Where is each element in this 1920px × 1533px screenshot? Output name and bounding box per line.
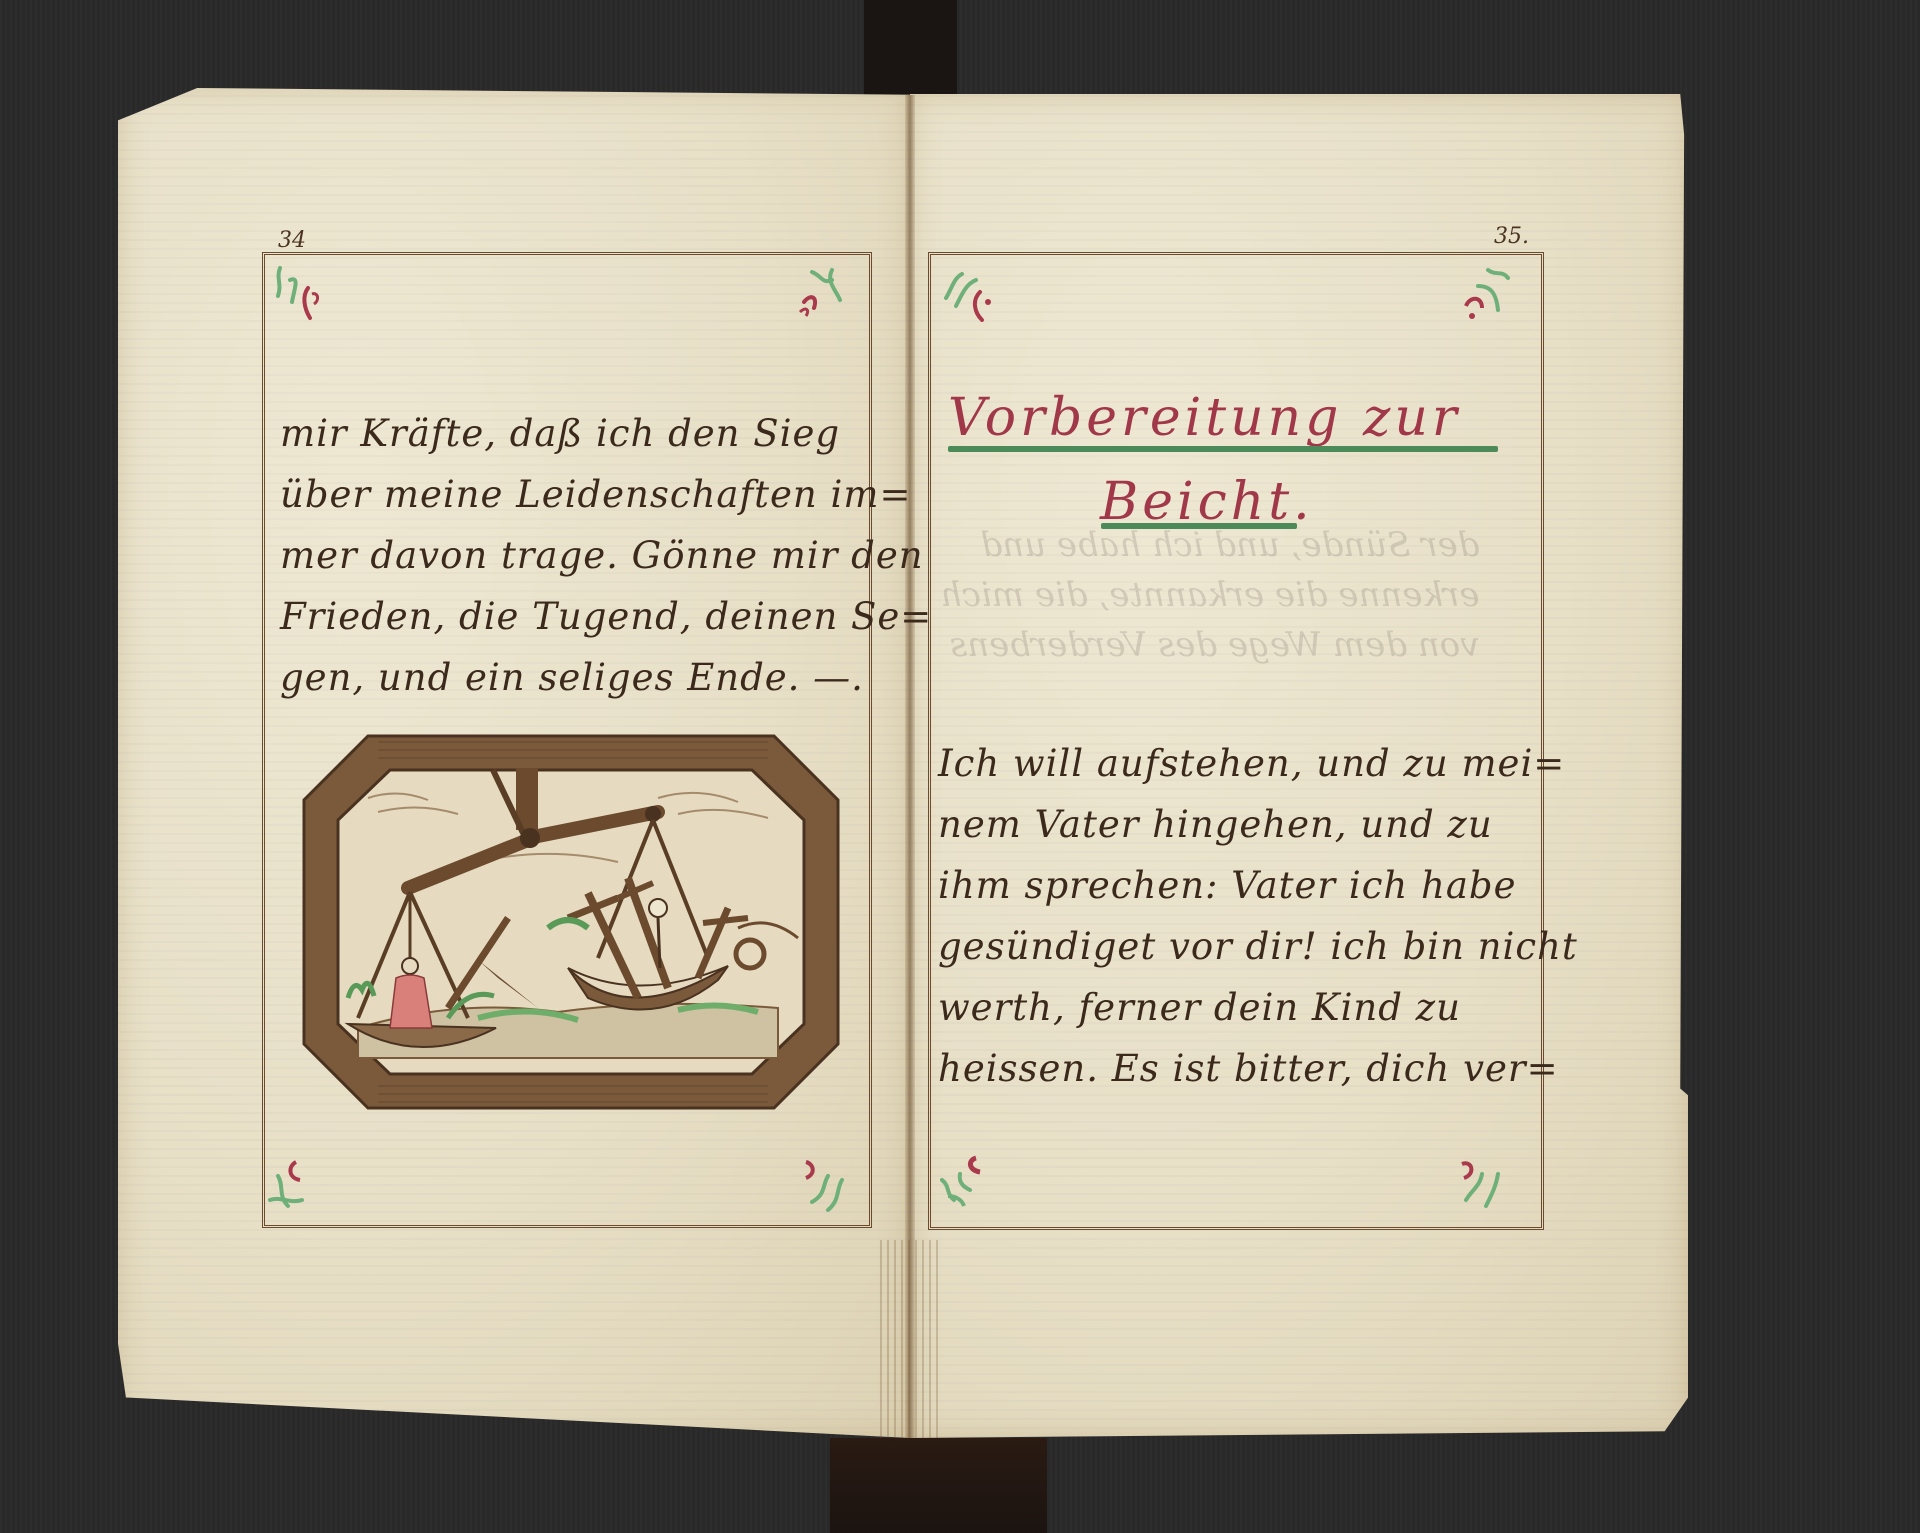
corner-flourish-icon	[938, 262, 998, 322]
left-page-text: mir Kräfte, daß ich den Sieg über meine …	[280, 403, 932, 708]
corner-flourish-icon	[792, 1156, 852, 1216]
corner-flourish-icon	[1452, 1150, 1512, 1210]
spine-strip-top	[864, 0, 957, 100]
section-title-line-1: Vorbereitung zur	[948, 388, 1461, 448]
corner-flourish-icon	[1462, 262, 1522, 322]
corner-flourish-icon	[936, 1150, 996, 1210]
gutter	[905, 95, 915, 1438]
page-number-right: 35.	[1494, 224, 1529, 249]
page-number-left: 34	[278, 228, 306, 253]
spine-strip-bottom	[830, 1438, 1047, 1533]
corner-flourish-icon	[272, 262, 332, 322]
text-line: werth, ferner dein Kind zu	[938, 977, 1578, 1038]
text-line: gen, und ein seliges Ende. —.	[280, 647, 932, 708]
text-line: mer davon trage. Gönne mir den	[280, 525, 932, 586]
corner-flourish-icon	[266, 1156, 326, 1216]
balance-scale-illustration	[298, 728, 844, 1116]
text-line: Frieden, die Tugend, deinen Se=	[280, 586, 932, 647]
title-underline	[1101, 523, 1297, 529]
text-line: gesündiget vor dir! ich bin nicht	[938, 916, 1578, 977]
text-line: nem Vater hingehen, und zu	[938, 794, 1578, 855]
text-line: ihm sprechen: Vater ich habe	[938, 855, 1578, 916]
gutter-fold	[880, 1240, 940, 1438]
title-underline	[948, 446, 1498, 452]
text-line: Ich will aufstehen, und zu mei=	[938, 733, 1578, 794]
text-line: über meine Leidenschaften im=	[280, 464, 932, 525]
corner-flourish-icon	[792, 262, 852, 322]
text-line: mir Kräfte, daß ich den Sieg	[280, 403, 932, 464]
right-page-text: Ich will aufstehen, und zu mei= nem Vate…	[938, 733, 1578, 1099]
text-line: heissen. Es ist bitter, dich ver=	[938, 1038, 1578, 1099]
